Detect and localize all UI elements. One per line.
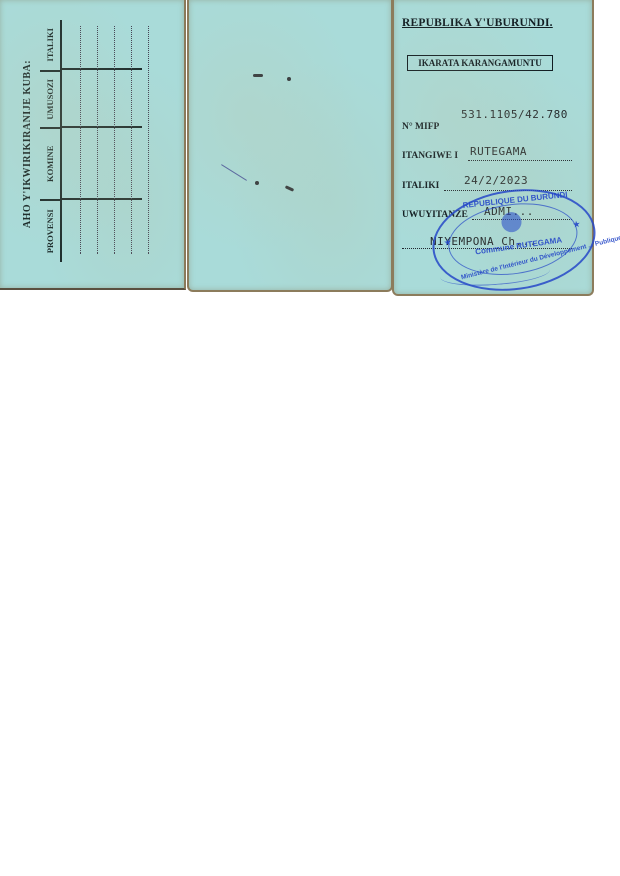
pen-scratch bbox=[221, 164, 247, 181]
card-title-box: IKARATA KARANGAMUNTU bbox=[407, 55, 553, 71]
column-header-provensi: PROVENSI bbox=[40, 201, 60, 262]
staple-mark bbox=[285, 185, 294, 192]
residence-table-header: PROVENSI KOMINE UMUSOZI ITALIKI bbox=[40, 20, 62, 262]
staple-mark bbox=[255, 181, 259, 185]
issued-at-label: ITANGIWE I bbox=[402, 151, 458, 161]
rotated-content: AHO Y'IKWIRIKIRANIJE KUBA: PROVENSI KOMI… bbox=[0, 0, 184, 288]
dotted-entry-line bbox=[148, 26, 149, 254]
issue-date-value: 24/2/2023 bbox=[464, 174, 528, 187]
dotted-entry-line bbox=[131, 26, 132, 254]
middle-panel-blank bbox=[187, 0, 393, 292]
dotted-entry-line bbox=[114, 26, 115, 254]
column-header-italiki: ITALIKI bbox=[40, 20, 60, 72]
mifp-number-label: N° MIFP bbox=[402, 122, 439, 132]
residence-table-body bbox=[62, 20, 150, 262]
issue-date-label: ITALIKI bbox=[402, 181, 439, 191]
residence-table-title: AHO Y'IKWIRIKIRANIJE KUBA: bbox=[22, 10, 33, 278]
column-header-komine: KOMINE bbox=[40, 129, 60, 200]
staple-mark bbox=[287, 77, 291, 81]
scanned-page: AHO Y'IKWIRIKIRANIJE KUBA: PROVENSI KOMI… bbox=[0, 0, 620, 876]
residence-table: PROVENSI KOMINE UMUSOZI ITALIKI bbox=[40, 20, 150, 262]
mifp-number-value: 531.1105/42.780 bbox=[461, 108, 568, 121]
left-panel-residence-table: AHO Y'IKWIRIKIRANIJE KUBA: PROVENSI KOMI… bbox=[0, 0, 186, 290]
table-divider bbox=[62, 126, 142, 128]
table-divider bbox=[62, 68, 142, 70]
issued-at-value: RUTEGAMA bbox=[470, 145, 527, 158]
dotted-entry-line bbox=[97, 26, 98, 254]
column-header-umusozi: UMUSOZI bbox=[40, 72, 60, 130]
table-divider bbox=[62, 198, 142, 200]
dotted-entry-line bbox=[80, 26, 81, 254]
star-icon: ★ bbox=[572, 219, 582, 231]
star-icon: ★ bbox=[443, 237, 453, 249]
staple-mark bbox=[253, 74, 263, 77]
country-title: REPUBLIKA Y'UBURUNDI. bbox=[402, 17, 553, 29]
dotted-line bbox=[468, 160, 572, 161]
